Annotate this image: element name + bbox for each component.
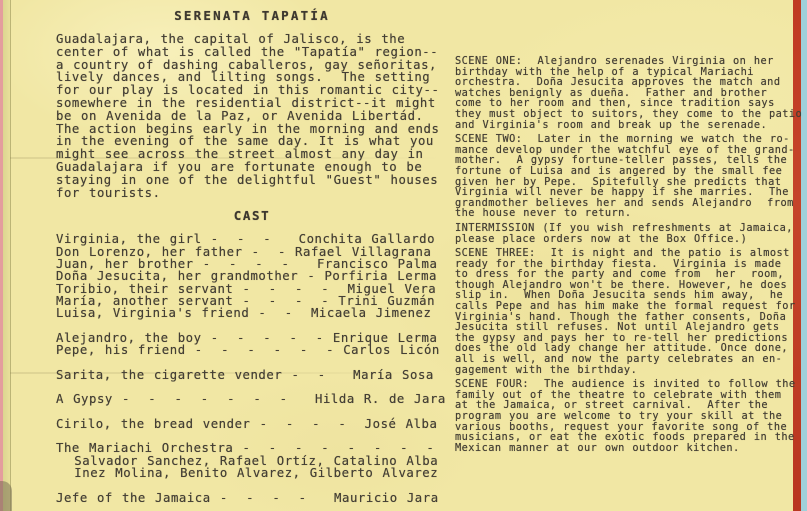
left-page-binding-edge [3,0,11,511]
page-title: SERENATA TAPATÍA [56,8,448,23]
scene-one-paragraph: SCENE ONE: Alejandro serenades Virginia … [455,56,803,130]
intro-paragraph: Guadalajara, the capital of Jalisco, is … [56,33,448,199]
scene-four-paragraph: SCENE FOUR: The audience is invited to f… [455,379,803,453]
program-page: SERENATA TAPATÍA Guadalajara, the capita… [0,0,807,511]
cast-list: Virginia, the girl - - - Conchita Gallar… [56,233,448,504]
bottom-left-corner-shadow [0,481,12,511]
cast-heading: CAST [56,208,448,223]
left-page: SERENATA TAPATÍA Guadalajara, the capita… [56,8,448,504]
right-page: SCENE ONE: Alejandro serenades Virginia … [455,56,803,457]
intermission-note: INTERMISSION (If you wish refreshments a… [455,223,803,244]
scene-two-paragraph: SCENE TWO: Later in the morning we watch… [455,134,803,219]
scene-three-paragraph: SCENE THREE: It is night and the patio i… [455,248,803,375]
